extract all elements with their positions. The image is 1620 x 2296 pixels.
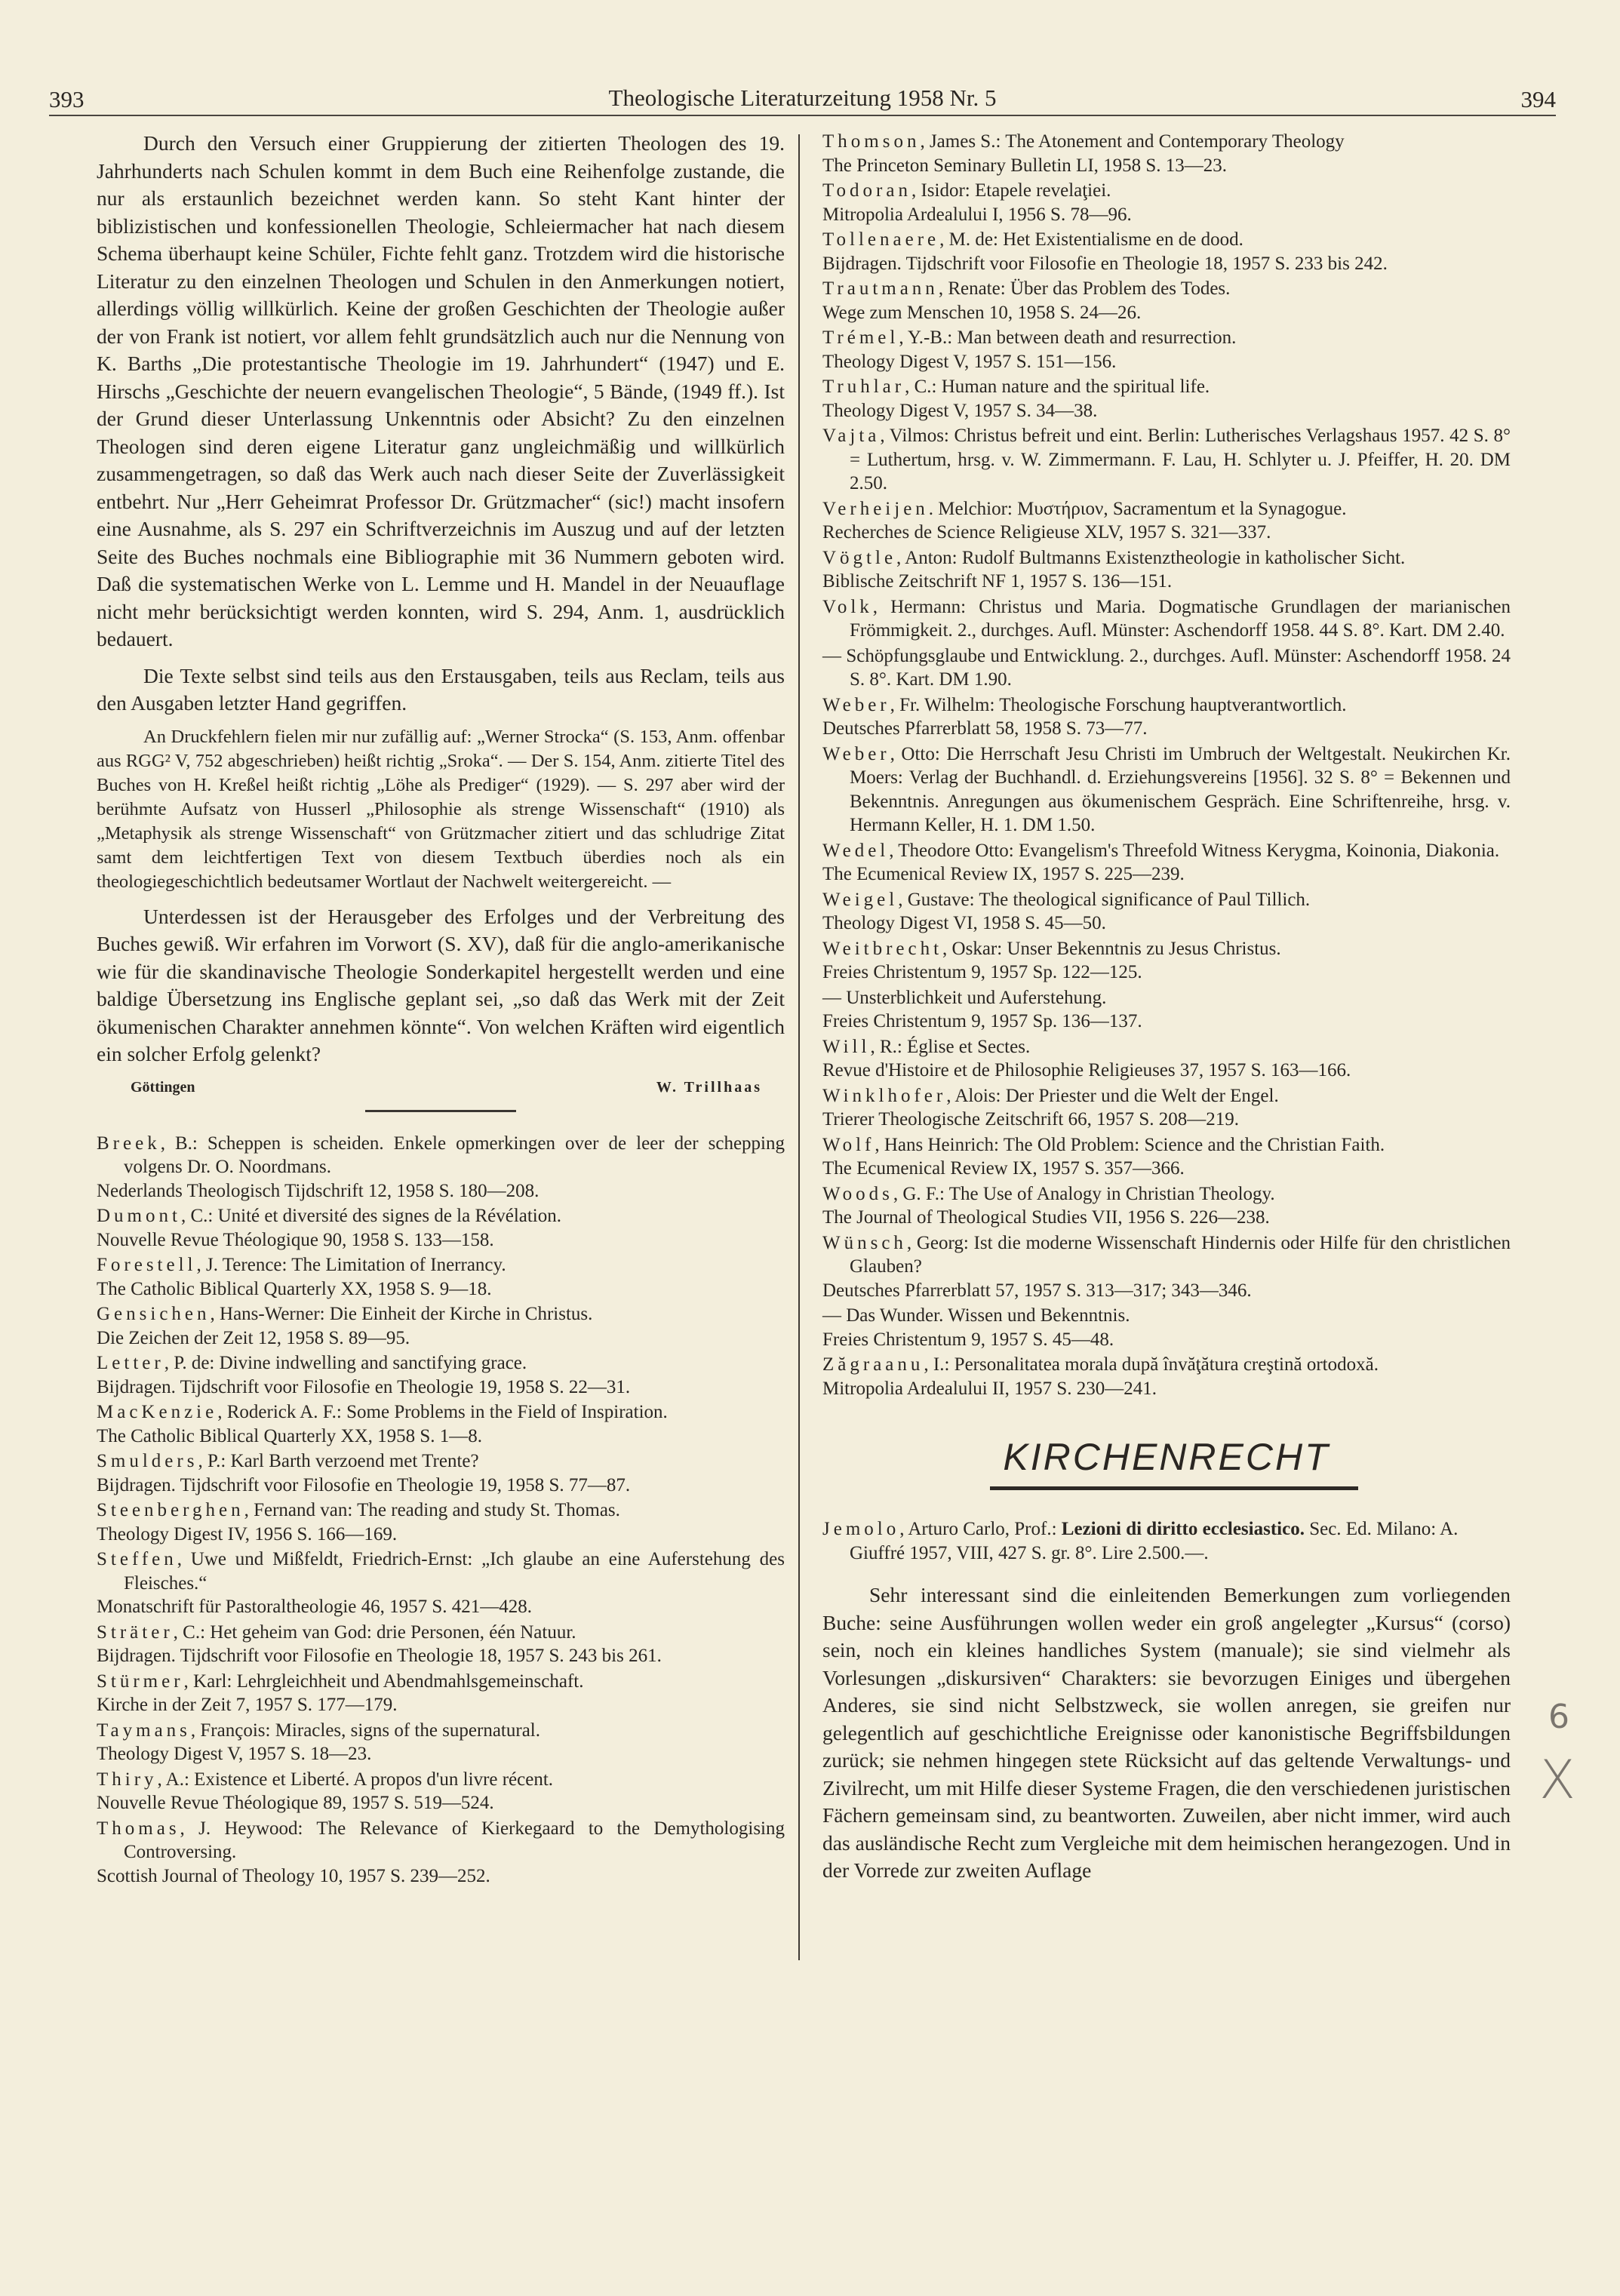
entry-author: Smulders	[97, 1451, 198, 1471]
left-column: Durch den Versuch einer Gruppierung der …	[97, 130, 785, 1889]
entry-author: Thomas	[97, 1818, 180, 1839]
entry-author: Will	[822, 1037, 870, 1057]
bibliography-entry: Steffen, Uwe und Mißfeldt, Friedrich-Ern…	[97, 1548, 785, 1619]
entry-title: , Oskar: Unser Bekenntnis zu Jesus Chris…	[942, 939, 1281, 959]
entry-title: — Schöpfungsglaube und Entwicklung. 2., …	[822, 646, 1511, 690]
bibliography-entry: Verheijen. Melchior: Μυστήριον, Sacramen…	[822, 497, 1511, 545]
entry-title: . Melchior: Μυστήριον, Sacramentum et la…	[929, 499, 1347, 519]
bibliography-entry: Thiry, A.: Existence et Liberté. A propo…	[97, 1768, 785, 1815]
bibliography-entry: Weber, Otto: Die Herrschaft Jesu Christi…	[822, 742, 1511, 838]
entry-title: , Alois: Der Priester und die Welt der E…	[946, 1086, 1279, 1106]
right-column: Thomson, James S.: The Atonement and Con…	[822, 130, 1511, 1885]
bibliography-entry: Forestell, J. Terence: The Limitation of…	[97, 1253, 785, 1301]
bibliography-entry: Dumont, C.: Unité et diversité des signe…	[97, 1204, 785, 1252]
header-rule	[49, 115, 1556, 116]
bibliography-entry: Taymans, François: Miracles, signs of th…	[97, 1719, 785, 1766]
signature-author: W. Trillhaas	[656, 1079, 762, 1096]
bibliography-entry: Truhlar, C.: Human nature and the spirit…	[822, 375, 1511, 423]
entry-source: Mitropolia Ardealului I, 1956 S. 78—96.	[850, 203, 1511, 227]
entry-source: Recherches de Science Religieuse XLV, 19…	[850, 521, 1511, 545]
entry-source: Freies Christentum 9, 1957 S. 45—48.	[850, 1328, 1511, 1352]
review-paragraph: Unterdessen ist der Herausgeber des Erfo…	[97, 903, 785, 1068]
review-signature: Göttingen W. Trillhaas	[131, 1079, 762, 1096]
entry-author: Forestell	[97, 1255, 197, 1275]
bibliography-entry: Wolf, Hans Heinrich: The Old Problem: Sc…	[822, 1133, 1511, 1181]
entry-source: Nederlands Theologisch Tijdschrift 12, 1…	[124, 1179, 785, 1203]
errata-paragraph: An Druckfehlern fielen mir nur zufällig …	[97, 725, 785, 894]
bibliography-entry: Weber, Fr. Wilhelm: Theologische Forschu…	[822, 693, 1511, 741]
entry-title: , J. Terence: The Limitation of Inerranc…	[197, 1255, 506, 1275]
bibliography-entry: Zăgraanu, I.: Personalitatea morala după…	[822, 1353, 1511, 1400]
bibliography-entry: Letter, P. de: Divine indwelling and san…	[97, 1351, 785, 1399]
section-heading-rule	[990, 1486, 1358, 1490]
entry-source: Theology Digest V, 1957 S. 18—23.	[124, 1742, 785, 1766]
entry-source: Bijdragen. Tijdschrift voor Filosofie en…	[124, 1474, 785, 1498]
entry-author: Vajta	[822, 426, 880, 446]
journal-title: Theologische Literaturzeitung 1958 Nr. 5	[49, 85, 1556, 112]
entry-title: , Theodore Otto: Evangelism's Threefold …	[889, 841, 1499, 861]
entry-author: Tollenaere	[822, 229, 939, 250]
entry-source: The Ecumenical Review IX, 1957 S. 357—36…	[850, 1157, 1511, 1181]
entry-source: Mitropolia Ardealului II, 1957 S. 230—24…	[850, 1377, 1511, 1401]
entry-source: Freies Christentum 9, 1957 Sp. 122—125.	[850, 961, 1511, 985]
entry-source: Wege zum Menschen 10, 1958 S. 24—26.	[850, 301, 1511, 325]
entry-source: Monatschrift für Pastoraltheologie 46, 1…	[124, 1595, 785, 1619]
bibliography-entry: Woods, G. F.: The Use of Analogy in Chri…	[822, 1182, 1511, 1230]
entry-title: , Otto: Die Herrschaft Jesu Christi im U…	[850, 744, 1511, 836]
entry-title: , P. de: Divine indwelling and sanctifyi…	[164, 1353, 527, 1373]
review-book-title: Lezioni di diritto ecclesiastico.	[1062, 1519, 1305, 1539]
bibliography-entry: — Das Wunder. Wissen und Bekenntnis.Frei…	[822, 1304, 1511, 1351]
entry-author: Verheijen	[822, 499, 929, 519]
bibliography-entry: Gensichen, Hans-Werner: Die Einheit der …	[97, 1302, 785, 1350]
bibliography-entry: Trautmann, Renate: Über das Problem des …	[822, 277, 1511, 324]
bibliography-list: Thomson, James S.: The Atonement and Con…	[822, 130, 1511, 1400]
entry-title: , C.: Het geheim van God: drie Personen,…	[174, 1622, 576, 1643]
bibliography-entry: Sträter, C.: Het geheim van God: drie Pe…	[97, 1621, 785, 1668]
entry-title: , Y.-B.: Man between death and resurrect…	[899, 327, 1236, 348]
entry-source: Deutsches Pfarrerblatt 57, 1957 S. 313—3…	[850, 1279, 1511, 1303]
bibliography-entry: Volk, Hermann: Christus und Maria. Dogma…	[822, 595, 1511, 643]
entry-source: The Journal of Theological Studies VII, …	[850, 1206, 1511, 1230]
entry-author: Weber	[822, 744, 890, 764]
entry-title: , Fr. Wilhelm: Theologische Forschung ha…	[890, 695, 1347, 715]
entry-source: Theology Digest VI, 1958 S. 45—50.	[850, 911, 1511, 936]
bibliography-entry: Trémel, Y.-B.: Man between death and res…	[822, 326, 1511, 373]
entry-title: , B.: Scheppen is scheiden. Enkele opmer…	[124, 1133, 785, 1178]
bibliography-entry: — Schöpfungsglaube und Entwicklung. 2., …	[822, 644, 1511, 692]
entry-title: , A.: Existence et Liberté. A propos d'u…	[158, 1769, 554, 1790]
section-separator	[365, 1110, 516, 1112]
bibliography-entry: Winklhofer, Alois: Der Priester und die …	[822, 1084, 1511, 1132]
entry-title: , R.: Église et Sectes.	[870, 1037, 1030, 1057]
review-author-rest: , Arturo Carlo, Prof.:	[899, 1519, 1062, 1539]
entry-source: Revue d'Histoire et de Philosophie Relig…	[850, 1059, 1511, 1083]
entry-source: Trierer Theologische Zeitschrift 66, 195…	[850, 1108, 1511, 1132]
entry-title: , C.: Human nature and the spiritual lif…	[905, 377, 1210, 397]
entry-source: Kirche in der Zeit 7, 1957 S. 177—179.	[124, 1693, 785, 1717]
entry-author: Weitbrecht	[822, 939, 942, 959]
entry-title: , J. Heywood: The Relevance of Kierkegaa…	[124, 1818, 785, 1863]
bibliography-entry: Vajta, Vilmos: Christus befreit und eint…	[822, 424, 1511, 496]
entry-title: , François: Miracles, signs of the super…	[191, 1720, 540, 1741]
entry-source: Freies Christentum 9, 1957 Sp. 136—137.	[850, 1010, 1511, 1034]
entry-author: Stürmer	[97, 1671, 184, 1692]
bibliography-list: Breek, B.: Scheppen is scheiden. Enkele …	[97, 1132, 785, 1889]
entry-author: Zăgraanu	[822, 1354, 924, 1375]
entry-author: Wedel	[822, 841, 889, 861]
entry-source: Nouvelle Revue Théologique 89, 1957 S. 5…	[124, 1791, 785, 1815]
section-heading: KIRCHENRECHT	[822, 1435, 1511, 1479]
review-paragraph: Durch den Versuch einer Gruppierung der …	[97, 130, 785, 653]
entry-source: The Catholic Biblical Quarterly XX, 1958…	[124, 1425, 785, 1449]
entry-title: , James S.: The Atonement and Contempora…	[920, 131, 1344, 152]
entry-title: , Hans Heinrich: The Old Problem: Scienc…	[875, 1135, 1385, 1155]
entry-title: , Georg: Ist die moderne Wissenschaft Hi…	[850, 1233, 1511, 1277]
entry-source: Theology Digest V, 1957 S. 151—156.	[850, 350, 1511, 374]
entry-source: The Catholic Biblical Quarterly XX, 1958…	[124, 1277, 785, 1302]
bibliography-entry: Todoran, Isidor: Etapele revelaţiei.Mitr…	[822, 179, 1511, 226]
margin-pencil-mark: 6	[1548, 1698, 1569, 1736]
bibliography-entry: Tollenaere, M. de: Het Existentialisme e…	[822, 228, 1511, 275]
review-paragraph: Die Texte selbst sind teils aus den Erst…	[97, 662, 785, 718]
entry-source: The Princeton Seminary Bulletin LI, 1958…	[850, 154, 1511, 178]
entry-title: , Hans-Werner: Die Einheit der Kirche in…	[211, 1304, 593, 1324]
entry-author: Breek	[97, 1133, 161, 1154]
entry-source: Nouvelle Revue Théologique 90, 1958 S. 1…	[124, 1228, 785, 1253]
entry-author: Thomson	[822, 131, 920, 152]
entry-source: Bijdragen. Tijdschrift voor Filosofie en…	[124, 1644, 785, 1668]
column-divider	[798, 134, 800, 1960]
entry-title: , Isidor: Etapele revelaţiei.	[911, 180, 1111, 201]
entry-title: , Roderick A. F.: Some Problems in the F…	[217, 1402, 668, 1422]
entry-author: Thiry	[97, 1769, 158, 1790]
entry-title: , M. de: Het Existentialisme en de dood.	[939, 229, 1243, 250]
entry-source: Deutsches Pfarrerblatt 58, 1958 S. 73—77…	[850, 717, 1511, 741]
bibliography-entry: Breek, B.: Scheppen is scheiden. Enkele …	[97, 1132, 785, 1203]
entry-title: , I.: Personalitatea morala după învăţăt…	[924, 1354, 1379, 1375]
entry-author: Vögtle	[822, 548, 896, 568]
entry-source: Die Zeichen der Zeit 12, 1958 S. 89—95.	[124, 1326, 785, 1351]
bibliography-entry: Thomas, J. Heywood: The Relevance of Kie…	[97, 1817, 785, 1889]
bibliography-entry: Wünsch, Georg: Ist die moderne Wissensch…	[822, 1231, 1511, 1303]
entry-author: Todoran	[822, 180, 911, 201]
bibliography-entry: Wedel, Theodore Otto: Evangelism's Three…	[822, 839, 1511, 887]
entry-source: Bijdragen. Tijdschrift voor Filosofie en…	[124, 1375, 785, 1400]
entry-title: — Unsterblichkeit und Auferstehung.	[822, 988, 1106, 1008]
signature-place: Göttingen	[131, 1079, 195, 1096]
entry-title: , Vilmos: Christus befreit und eint. Ber…	[850, 426, 1511, 493]
entry-author: Wolf	[822, 1135, 875, 1155]
journal-page: 393 Theologische Literaturzeitung 1958 N…	[0, 0, 1620, 2296]
entry-author: Taymans	[97, 1720, 191, 1741]
review-paragraph: Sehr interessant sind die einleitenden B…	[822, 1581, 1511, 1885]
entry-author: Winklhofer	[822, 1086, 946, 1106]
entry-author: Weber	[822, 695, 890, 715]
bibliography-entry: MacKenzie, Roderick A. F.: Some Problems…	[97, 1400, 785, 1448]
entry-author: Trémel	[822, 327, 899, 348]
entry-author: Steffen	[97, 1549, 177, 1569]
entry-source: Theology Digest IV, 1956 S. 166—169.	[124, 1523, 785, 1547]
entry-author: Weigel	[822, 890, 898, 910]
margin-pencil-mark: X	[1539, 1749, 1575, 1811]
entry-title: , Hermann: Christus und Maria. Dogmatisc…	[850, 597, 1511, 641]
entry-author: Steenberghen	[97, 1500, 244, 1520]
bibliography-entry: Vögtle, Anton: Rudolf Bultmanns Existenz…	[822, 546, 1511, 594]
bibliography-entry: — Unsterblichkeit und Auferstehung.Freie…	[822, 986, 1511, 1034]
entry-author: Gensichen	[97, 1304, 211, 1324]
review-citation: Jemolo, Arturo Carlo, Prof.: Lezioni di …	[822, 1517, 1511, 1565]
bibliography-entry: Smulders, P.: Karl Barth verzoend met Tr…	[97, 1449, 785, 1497]
entry-title: , G. F.: The Use of Analogy in Christian…	[893, 1184, 1275, 1204]
entry-author: Letter	[97, 1353, 164, 1373]
entry-author: Woods	[822, 1184, 893, 1204]
entry-author: Trautmann	[822, 278, 939, 299]
entry-source: Bijdragen. Tijdschrift voor Filosofie en…	[850, 252, 1511, 276]
entry-author: Truhlar	[822, 377, 905, 397]
running-header: 393 Theologische Literaturzeitung 1958 N…	[49, 74, 1556, 113]
bibliography-entry: Steenberghen, Fernand van: The reading a…	[97, 1498, 785, 1546]
entry-title: , Anton: Rudolf Bultmanns Existenztheolo…	[896, 548, 1405, 568]
entry-title: , Karl: Lehrgleichheit und Abendmahlsgem…	[184, 1671, 584, 1692]
review-author: Jemolo	[822, 1519, 899, 1539]
bibliography-entry: Stürmer, Karl: Lehrgleichheit und Abendm…	[97, 1670, 785, 1717]
entry-source: Biblische Zeitschrift NF 1, 1957 S. 136—…	[850, 570, 1511, 594]
entry-title: , P.: Karl Barth verzoend met Trente?	[198, 1451, 478, 1471]
entry-source: Scottish Journal of Theology 10, 1957 S.…	[124, 1864, 785, 1889]
bibliography-entry: Weitbrecht, Oskar: Unser Bekenntnis zu J…	[822, 937, 1511, 985]
bibliography-entry: Will, R.: Église et Sectes.Revue d'Histo…	[822, 1035, 1511, 1083]
bibliography-entry: Weigel, Gustave: The theological signifi…	[822, 888, 1511, 936]
entry-title: , C.: Unité et diversité des signes de l…	[181, 1206, 561, 1226]
entry-title: , Fernand van: The reading and study St.…	[244, 1500, 620, 1520]
entry-source: The Ecumenical Review IX, 1957 S. 225—23…	[850, 862, 1511, 887]
entry-title: , Gustave: The theological significance …	[898, 890, 1310, 910]
entry-title: — Das Wunder. Wissen und Bekenntnis.	[822, 1305, 1130, 1326]
entry-title: , Renate: Über das Problem des Todes.	[939, 278, 1231, 299]
entry-title: , Uwe und Mißfeldt, Friedrich-Ernst: „Ic…	[124, 1549, 785, 1594]
entry-author: Wünsch	[822, 1233, 907, 1253]
entry-author: Dumont	[97, 1206, 181, 1226]
entry-author: Sträter	[97, 1622, 174, 1643]
entry-author: MacKenzie	[97, 1402, 217, 1422]
entry-source: Theology Digest V, 1957 S. 34—38.	[850, 399, 1511, 423]
entry-author: Volk	[822, 597, 873, 617]
bibliography-entry: Thomson, James S.: The Atonement and Con…	[822, 130, 1511, 177]
